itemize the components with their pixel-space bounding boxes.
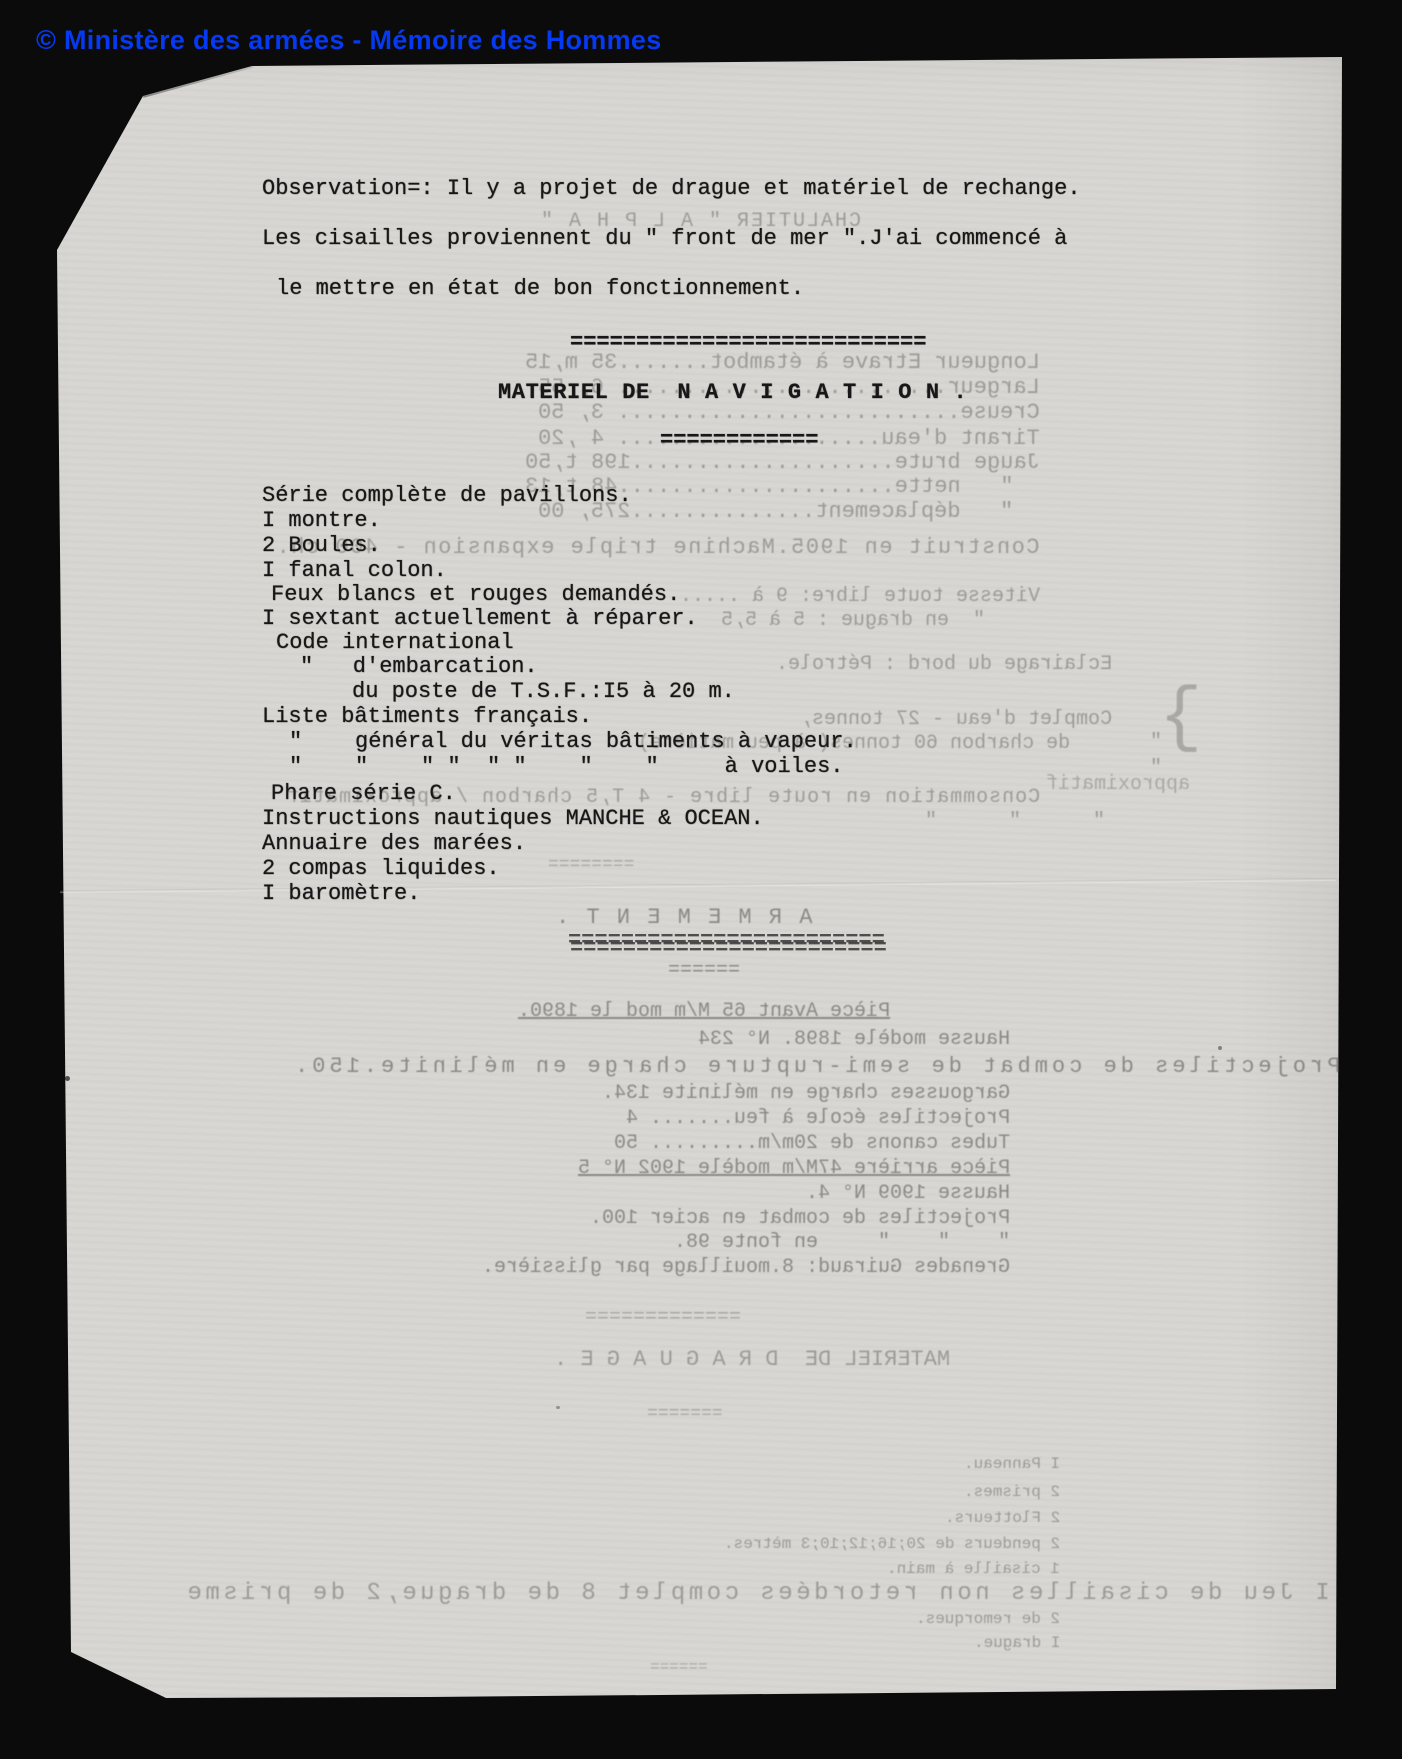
- ghost-divider: ========: [548, 852, 634, 878]
- typed-list-item: Annuaire des marées.: [262, 831, 526, 857]
- ghost-line: " en drague : 5 à 5,5: [721, 608, 985, 634]
- typed-list-item: I fanal colon.: [262, 558, 447, 584]
- typed-line-observation: Observation=: Il y a projet de drague et…: [262, 176, 1081, 202]
- ghost-line: Projectiles école à feu....... 4: [626, 1106, 1010, 1132]
- typed-list-item: du poste de T.S.F.:I5 à 20 m.: [352, 679, 735, 705]
- ghost-line: Gargousses charge en mélinite 134.: [602, 1081, 1010, 1107]
- typed-list-item: Série complète de pavillons.: [262, 483, 632, 509]
- ghost-divider: ======: [650, 1654, 708, 1680]
- typed-list-item: " " " " " " " " à voiles.: [289, 754, 844, 780]
- typed-list-item: Feux blancs et rouges demandés.: [271, 582, 680, 608]
- typed-list-item: " d'embarcation.: [300, 654, 538, 680]
- ghost-divider: =======: [647, 1401, 723, 1427]
- typed-list-item: 2 compas liquides.: [262, 856, 500, 882]
- ghost-line: Pièce Avant 65 M/m mod le 1890.: [518, 999, 890, 1025]
- paper-speck: [1218, 1046, 1222, 1050]
- ghost-line: Hausse modèle 1898. N° 234: [698, 1027, 1010, 1053]
- ghost-line: I drague.: [974, 1630, 1060, 1656]
- paper-speck: [65, 1076, 70, 1081]
- ghost-line: Pièce arrière 47M/m modèle 1902 N° 5: [578, 1156, 1010, 1182]
- ghost-line: Projectiles de combat de semi-rupture ch…: [291, 1054, 1340, 1080]
- typed-list-item: Code international: [276, 630, 514, 656]
- scanned-document-canvas: CHALUTIER " A L P H A " Longueur Etrave …: [0, 0, 1402, 1759]
- paper-speck: [556, 1406, 560, 1409]
- typed-list-item: Instructions nautiques MANCHE & OCEAN.: [262, 806, 764, 832]
- ghost-divider: =============: [585, 1305, 741, 1331]
- ghost-line: Projectiles de combat en acier 100.: [590, 1206, 1010, 1232]
- ghost-line: 2 Flotteurs.: [945, 1505, 1060, 1531]
- ghost-line: Vitesse toute libre: 9 à .....: [680, 584, 1040, 610]
- ghost-divider: ======: [668, 958, 740, 984]
- typed-list-item: I sextant actuellement à réparer.: [262, 606, 698, 632]
- ghost-line: Hausse 1909 N° 4.: [806, 1181, 1010, 1207]
- ghost-line: Grenades Guiraud: 8.mouillage par glissi…: [482, 1255, 1010, 1281]
- ghost-line: approximatif: [1046, 772, 1190, 798]
- ghost-section-title: MATERIEL DE D R A G U A G E .: [554, 1347, 950, 1373]
- ghost-line: 2 de remorques.: [916, 1606, 1060, 1632]
- ghost-line: I Panneau.: [964, 1451, 1060, 1477]
- ghost-line: I Jeu de cisailles non retordées complet…: [184, 1581, 1330, 1607]
- typed-list-item: I montre.: [262, 508, 381, 534]
- ghost-line: " " ": [925, 809, 1105, 835]
- typed-list-item: " général du véritas bâtiments à vapeur.: [289, 729, 857, 755]
- ghost-line: " " " en fonte 98.: [674, 1230, 1010, 1256]
- typed-divider: ============: [660, 428, 818, 454]
- typed-line-observation: le mettre en état de bon fonctionnement.: [276, 276, 804, 302]
- ghost-line: Eclairage du bord : Pétrole.: [776, 652, 1112, 678]
- typed-list-item: I baromètre.: [262, 881, 420, 907]
- typed-divider: ===========================: [570, 330, 926, 356]
- ghost-line: 1 cisaille à main.: [887, 1556, 1060, 1582]
- typed-list-item: Liste bâtiments français.: [262, 704, 592, 730]
- typed-list-item: 2 Boules.: [262, 533, 381, 559]
- typed-list-item: Phare série C.: [271, 781, 456, 807]
- ghost-line: Tubes canons de 20m/m......... 50: [614, 1131, 1010, 1157]
- typed-line-observation: Les cisailles proviennent du " front de …: [262, 226, 1067, 252]
- section-title-navigation: MATERIEL DE N A V I G A T I O N .: [498, 380, 967, 406]
- ghost-line: 2 pendeurs de 20;16;12;10;3 mètres.: [724, 1531, 1060, 1557]
- ghost-brace: }: [1159, 682, 1202, 754]
- ghost-line: 2 prismes.: [964, 1479, 1060, 1505]
- archive-watermark: © Ministère des armées - Mémoire des Hom…: [36, 25, 662, 56]
